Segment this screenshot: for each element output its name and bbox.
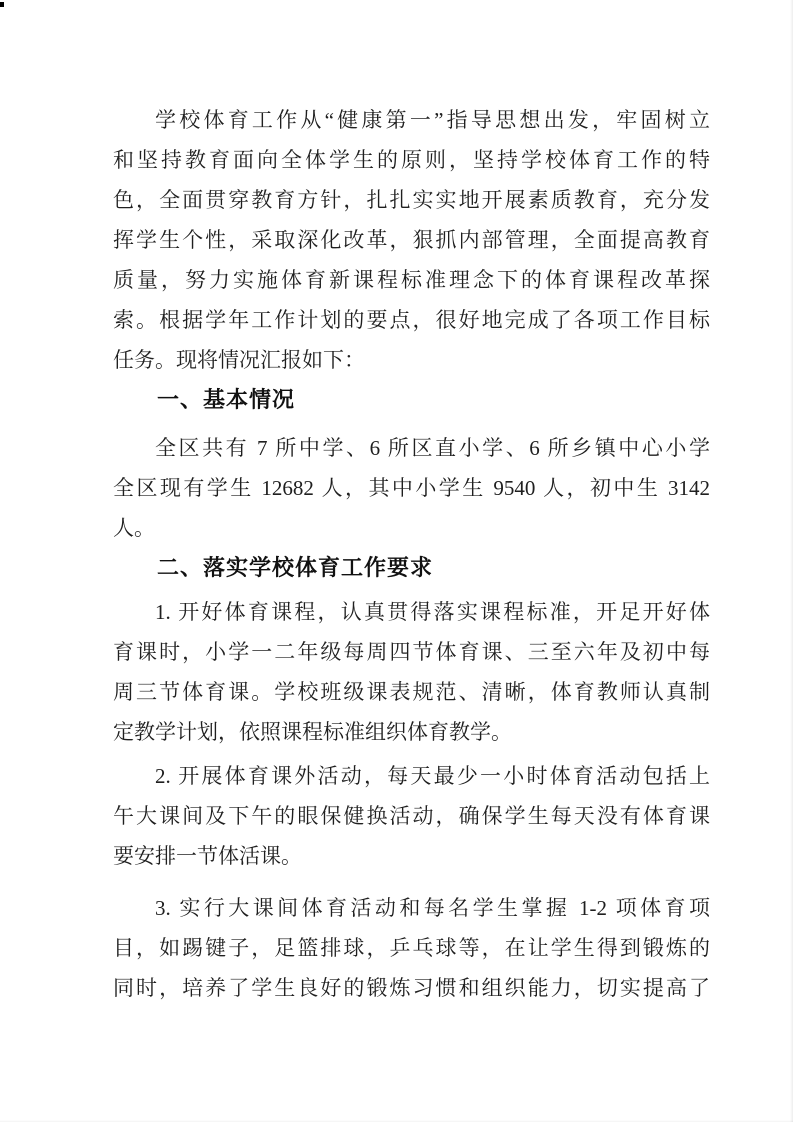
text-line: 全区现有学生 12682 人，其中小学生 9540 人，初中生 3142	[113, 468, 710, 508]
paragraph: 全区共有 7 所中学、6 所区直小学、6 所乡镇中心小学全区现有学生 12682…	[113, 428, 710, 548]
paragraph: 1. 开好体育课程，认真贯得落实课程标准，开足开好体育课时，小学一二年级每周四节…	[113, 592, 710, 752]
text-line: 要安排一节体活课。	[113, 836, 710, 876]
text-line: 周三节体育课。学校班级课表规范、清晰，体育教师认真制	[113, 672, 710, 712]
text-line: 1. 开好体育课程，认真贯得落实课程标准，开足开好体	[113, 592, 710, 632]
text-line: 定教学计划，依照课程标准组织体育教学。	[113, 712, 710, 752]
section-heading: 一、基本情况	[113, 380, 710, 420]
text-line: 挥学生个性，采取深化改革，狠抓内部管理，全面提高教育	[113, 220, 710, 260]
text-line: 目，如踢键子，足篮排球，乒乓球等，在让学生得到锻炼的	[113, 928, 710, 968]
paragraph: 3. 实行大课间体育活动和每名学生掌握 1-2 项体育项目，如踢键子，足篮排球，…	[113, 888, 710, 1008]
text-line: 3. 实行大课间体育活动和每名学生掌握 1-2 项体育项	[113, 888, 710, 928]
text-line: 和坚持教育面向全体学生的原则，坚持学校体育工作的特	[113, 140, 710, 180]
document-page-content: 学校体育工作从“健康第一”指导思想出发，牢固树立和坚持教育面向全体学生的原则，坚…	[113, 100, 710, 1008]
section-heading: 二、落实学校体育工作要求	[113, 548, 710, 588]
text-line: 学校体育工作从“健康第一”指导思想出发，牢固树立	[113, 100, 710, 140]
text-line: 育课时，小学一二年级每周四节体育课、三至六年及初中每	[113, 632, 710, 672]
paragraph: 学校体育工作从“健康第一”指导思想出发，牢固树立和坚持教育面向全体学生的原则，坚…	[113, 100, 710, 380]
text-line: 任务。现将情况汇报如下：	[113, 340, 710, 380]
text-line: 人。	[113, 508, 710, 548]
text-line: 索。根据学年工作计划的要点，很好地完成了各项工作目标	[113, 300, 710, 340]
text-line: 同时，培养了学生良好的锻炼习惯和组织能力，切实提高了	[113, 968, 710, 1008]
text-line: 色，全面贯穿教育方针，扎扎实实地开展素质教育，充分发	[113, 180, 710, 220]
text-line: 2. 开展体育课外活动，每天最少一小时体育活动包括上	[113, 756, 710, 796]
text-line: 午大课间及下午的眼保健换活动，确保学生每天没有体育课	[113, 796, 710, 836]
scan-artifact-mark	[0, 2, 4, 7]
text-line: 质量，努力实施体育新课程标准理念下的体育课程改革探	[113, 260, 710, 300]
document-page: 学校体育工作从“健康第一”指导思想出发，牢固树立和坚持教育面向全体学生的原则，坚…	[0, 0, 793, 1122]
paragraph: 2. 开展体育课外活动，每天最少一小时体育活动包括上午大课间及下午的眼保健换活动…	[113, 756, 710, 876]
text-line: 全区共有 7 所中学、6 所区直小学、6 所乡镇中心小学	[113, 428, 710, 468]
